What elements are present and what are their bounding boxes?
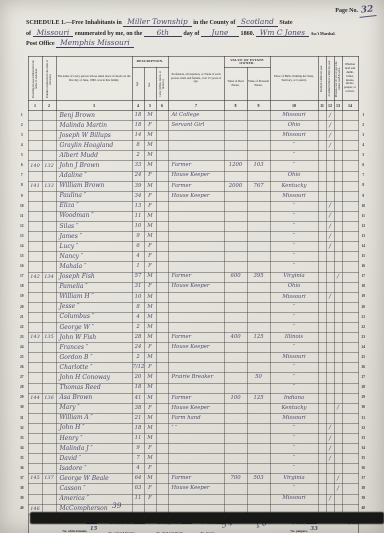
col-num-11: 11 (318, 101, 326, 111)
real-estate-value-cell (224, 353, 247, 363)
occupation-cell (168, 141, 224, 151)
married-within-year-cell (318, 222, 326, 232)
real-estate-value-cell (224, 242, 247, 252)
cannot-read-write-cell (334, 121, 342, 131)
sex-cell: M (144, 111, 156, 121)
col-header-color-label: Color (White, black, or mulatto.) (159, 68, 165, 100)
personal-estate-value-cell (247, 141, 270, 151)
real-estate-value-cell (224, 252, 247, 262)
schedule-title-line-1: SCHEDULE 1.—Free Inhabitants in Miller T… (26, 18, 376, 28)
col-header-cannot-read: Persons over 20 y'rs of age who cannot r… (334, 57, 342, 101)
line-number-left: 36 (16, 464, 28, 474)
real-estate-value-cell: 1200 (224, 161, 247, 171)
married-within-year-cell (318, 343, 326, 353)
family-number-cell (42, 494, 56, 504)
cannot-read-write-cell (334, 151, 342, 161)
name-cell: Adaline ″ (56, 171, 132, 181)
attended-school-cell (326, 151, 334, 161)
table-row: 3 Joseph W Billups 14 M Missouri ∕ 3 (16, 131, 368, 141)
personal-estate-value-cell (247, 494, 270, 504)
col-header-married: Married within the year. (318, 57, 326, 101)
remarks-cell (342, 322, 358, 332)
dwelling-number-cell (28, 403, 42, 413)
real-estate-value-cell (224, 403, 247, 413)
color-cell (156, 393, 168, 403)
real-estate-value-cell (224, 171, 247, 181)
name-cell: Woodman ″ (56, 211, 132, 221)
real-estate-value-cell (224, 131, 247, 141)
line-number-left: 2 (16, 121, 28, 131)
occupation-cell (168, 312, 224, 322)
remarks-cell (342, 211, 358, 221)
color-cell (156, 171, 168, 181)
dwelling-number-cell (28, 322, 42, 332)
line-number-left: 30 (16, 403, 28, 413)
remarks-cell (342, 484, 358, 494)
schedule-title: SCHEDULE 1.—Free Inhabitants in (26, 20, 122, 26)
col-header-dwelling: Dwelling-houses numbered in the order of… (28, 57, 42, 101)
age-cell: 2 (132, 322, 144, 332)
dwelling-number-cell (28, 211, 42, 221)
age-cell: 31 (132, 282, 144, 292)
line-number-right: 7 (358, 171, 368, 181)
real-estate-value-cell (224, 222, 247, 232)
cannot-read-write-cell (334, 302, 342, 312)
line-number-left: 8 (16, 181, 28, 191)
line-number-left: 13 (16, 232, 28, 242)
white-females-value: 15 (90, 526, 98, 532)
table-row: 5 Albert Mudd 2 M ″ 5 (16, 151, 368, 161)
remarks-cell (342, 363, 358, 373)
line-number-right: 9 (358, 191, 368, 201)
attended-school-cell: ∕ (326, 141, 334, 151)
real-estate-value-cell (224, 484, 247, 494)
name-cell: Mary ″ (56, 403, 132, 413)
sex-cell: M (144, 474, 156, 484)
sex-cell: M (144, 292, 156, 302)
real-estate-value-cell (224, 211, 247, 221)
color-cell (156, 363, 168, 373)
occupation-cell (168, 363, 224, 373)
line-number-right: 31 (358, 413, 368, 423)
family-number-cell: 134 (42, 272, 56, 282)
personal-estate-value-cell (247, 423, 270, 433)
line-number-right: 25 (358, 353, 368, 363)
col-header-occupation: Profession, Occupation, or Trade of each… (168, 57, 224, 101)
name-cell: Eliza ″ (56, 201, 132, 211)
age-cell: 13 (132, 201, 144, 211)
color-cell (156, 181, 168, 191)
line-number-left: 22 (16, 322, 28, 332)
color-cell (156, 494, 168, 504)
col-header-family-label: Families numbered in the order of visita… (46, 58, 52, 100)
real-estate-value-cell (224, 111, 247, 121)
col-num-13: 13 (334, 101, 342, 111)
family-number-cell (42, 201, 56, 211)
color-cell (156, 161, 168, 171)
col-header-personal-estate: Value of Personal Estate. (247, 68, 270, 101)
table-row: 12 Silas ″ 10 M ″ ∕ 12 (16, 222, 368, 232)
dwelling-number-cell (28, 141, 42, 151)
attended-school-cell: ∕ (326, 222, 334, 232)
real-estate-value-cell (224, 434, 247, 444)
name-cell: Malinda Martin (56, 121, 132, 131)
cannot-read-write-cell (334, 434, 342, 444)
personal-estate-value-cell (247, 403, 270, 413)
birthplace-cell: Virginia (270, 474, 318, 484)
table-row: 21 Columbus ″ 4 M ″ 21 (16, 312, 368, 322)
line-number-left: 25 (16, 353, 28, 363)
cannot-read-write-cell (334, 211, 342, 221)
color-cell (156, 211, 168, 221)
color-cell (156, 302, 168, 312)
line-number-right: 5 (358, 151, 368, 161)
sex-cell: M (144, 161, 156, 171)
real-estate-value-cell (224, 302, 247, 312)
birthplace-cell: ″ (270, 302, 318, 312)
name-cell: Jesse ″ (56, 302, 132, 312)
occupation-cell: House Keeper (168, 171, 224, 181)
col-num-1: 1 (28, 101, 42, 111)
name-cell: William Brown (56, 181, 132, 191)
attended-school-cell (326, 161, 334, 171)
birthplace-cell: ″ (270, 454, 318, 464)
birthplace-cell: ″ (270, 222, 318, 232)
real-estate-value-cell (224, 373, 247, 383)
table-row: 28 Thomas Reed 18 M ″ 28 (16, 383, 368, 393)
sex-cell: F (144, 121, 156, 131)
attended-school-cell (326, 272, 334, 282)
dwelling-number-cell (28, 444, 42, 454)
name-cell: Graylin Hoagland (56, 141, 132, 151)
table-row: 31 William A ″ 21 M Farm hand Missouri 3… (16, 413, 368, 423)
color-cell (156, 111, 168, 121)
age-cell: 10 (132, 222, 144, 232)
line-number-right: 32 (358, 423, 368, 433)
family-number-cell (42, 282, 56, 292)
line-number-left: 10 (16, 201, 28, 211)
personal-estate-value-cell (247, 222, 270, 232)
attended-school-cell (326, 403, 334, 413)
color-cell (156, 454, 168, 464)
age-cell: 38 (132, 403, 144, 413)
sex-cell: M (144, 333, 156, 343)
table-row: 26 Charlotte ″ 7/12 F ″ 26 (16, 363, 368, 373)
birthplace-cell: Missouri (270, 131, 318, 141)
table-row: 27 John H Conoway 20 M Prairie Breaker 5… (16, 373, 368, 383)
col-num-5: 5 (144, 101, 156, 111)
sex-cell: M (144, 322, 156, 332)
col-num-4: 4 (132, 101, 144, 111)
dwelling-number-cell: 144 (28, 393, 42, 403)
age-cell: 8 (132, 141, 144, 151)
family-number-cell: 135 (42, 333, 56, 343)
real-estate-value-cell (224, 201, 247, 211)
family-number-cell (42, 322, 56, 332)
family-number-cell (42, 464, 56, 474)
post-office-line: Post Office Memphis Missouri (26, 39, 376, 49)
footer-left-margin (16, 514, 28, 533)
table-row: 34 Malinda J ″ 9 F ″ ∕ 34 (16, 444, 368, 454)
line-number-left: 14 (16, 242, 28, 252)
real-estate-value-cell (224, 141, 247, 151)
family-number-cell: 136 (42, 393, 56, 403)
birthplace-cell: Ohio (270, 282, 318, 292)
name-cell: Joseph Fish (56, 272, 132, 282)
birthplace-cell: Missouri (270, 191, 318, 201)
age-cell: 2 (132, 353, 144, 363)
sex-cell: F (144, 494, 156, 504)
family-number-cell (42, 131, 56, 141)
col-num-10: 10 (270, 101, 318, 111)
personal-estate-value-cell (247, 211, 270, 221)
remarks-cell (342, 353, 358, 363)
attended-school-cell (326, 312, 334, 322)
birthplace-cell: ″ (270, 141, 318, 151)
birthplace-cell: Ohio (270, 171, 318, 181)
attended-school-cell (326, 363, 334, 373)
remarks-cell (342, 434, 358, 444)
occupation-cell: House Keeper (168, 282, 224, 292)
marshal-signature: Wm C Jones (256, 29, 309, 37)
line-number-right: 21 (358, 312, 368, 322)
col-num-2: 2 (42, 101, 56, 111)
attended-school-cell: ∕ (326, 242, 334, 252)
sex-cell: M (144, 423, 156, 433)
birthplace-cell: ″ (270, 343, 318, 353)
family-number-cell (42, 383, 56, 393)
cannot-read-write-cell (334, 161, 342, 171)
attended-school-cell (326, 262, 334, 272)
table-row: 2 Malinda Martin 18 F Servant Girl Ohio … (16, 121, 368, 131)
footer-paupers: No. paupers, 33 (291, 529, 320, 533)
sex-cell: M (144, 312, 156, 322)
post-office-value: Memphis Missouri (56, 39, 134, 47)
line-number-left: 33 (16, 434, 28, 444)
line-number-right: 17 (358, 272, 368, 282)
real-estate-value-cell (224, 464, 247, 474)
table-row: 10 Eliza ″ 13 F ″ ∕ 10 (16, 201, 368, 211)
table-row: 20 Jesse ″ 8 M ″ 20 (16, 302, 368, 312)
dwelling-number-cell (28, 171, 42, 181)
family-number-cell (42, 262, 56, 272)
attended-school-cell (326, 343, 334, 353)
line-number-right: 27 (358, 373, 368, 383)
line-number-left: 26 (16, 363, 28, 373)
family-number-cell: 133 (42, 181, 56, 191)
cannot-read-write-cell: ∕ (334, 403, 342, 413)
dwelling-number-cell: 143 (28, 333, 42, 343)
color-cell (156, 423, 168, 433)
sex-cell: M (144, 141, 156, 151)
paupers-value: 33 (310, 526, 318, 532)
name-cell: Lucy ″ (56, 242, 132, 252)
color-cell (156, 383, 168, 393)
age-cell: 9 (132, 232, 144, 242)
occupation-cell (168, 242, 224, 252)
personal-estate-value-cell (247, 434, 270, 444)
line-number-left: 38 (16, 484, 28, 494)
cannot-read-write-cell (334, 353, 342, 363)
dwelling-number-cell (28, 353, 42, 363)
line-number-right: 13 (358, 232, 368, 242)
family-number-cell (42, 191, 56, 201)
birthplace-cell: ″ (270, 434, 318, 444)
age-cell: 24 (132, 343, 144, 353)
sex-cell: M (144, 373, 156, 383)
real-estate-value-cell: 400 (224, 333, 247, 343)
cannot-read-write-cell (334, 232, 342, 242)
age-cell: 6 (132, 242, 144, 252)
table-row: 32 John H ″ 18 M ″ ″ ″ ∕ 32 (16, 423, 368, 433)
occupation-cell: Farm hand (168, 413, 224, 423)
name-cell: Malinda J ″ (56, 444, 132, 454)
birthplace-cell: ″ (270, 211, 318, 221)
name-cell: Thomas Reed (56, 383, 132, 393)
name-cell: Columbus ″ (56, 312, 132, 322)
color-cell (156, 262, 168, 272)
real-estate-value-cell (224, 262, 247, 272)
post-office-label: Post Office (26, 41, 55, 47)
footer-colored-females: No. colored females, (109, 529, 148, 533)
birthplace-cell: ″ (270, 252, 318, 262)
page-number-line: Page No. 32 (26, 5, 376, 17)
cannot-read-write-cell (334, 363, 342, 373)
color-cell (156, 464, 168, 474)
cannot-read-write-cell (334, 191, 342, 201)
age-cell: 33 (132, 161, 144, 171)
remarks-cell (342, 464, 358, 474)
cannot-read-write-cell (334, 111, 342, 121)
color-cell (156, 434, 168, 444)
sex-cell: F (144, 403, 156, 413)
table-row: 17 142 134 Joseph Fish 57 M Farmer 600 3… (16, 272, 368, 282)
state-word: State (279, 20, 292, 26)
occupation-cell (168, 151, 224, 161)
table-row: 16 Mahala ″ 1 F ″ 16 (16, 262, 368, 272)
real-estate-value-cell (224, 322, 247, 332)
sex-cell: M (144, 383, 156, 393)
line-number-right: 36 (358, 464, 368, 474)
line-number-left: 34 (16, 444, 28, 454)
birthplace-cell: ″ (270, 232, 318, 242)
family-number-cell (42, 232, 56, 242)
dwelling-number-cell (28, 343, 42, 353)
cannot-read-write-cell: ∕ (334, 484, 342, 494)
color-cell (156, 131, 168, 141)
dwelling-number-cell (28, 363, 42, 373)
real-estate-value-cell (224, 191, 247, 201)
cannot-read-write-cell (334, 222, 342, 232)
color-cell (156, 333, 168, 343)
line-number-right: 2 (358, 121, 368, 131)
color-cell (156, 484, 168, 494)
real-estate-value-cell (224, 343, 247, 353)
family-number-cell (42, 454, 56, 464)
attended-school-cell (326, 373, 334, 383)
occupation-cell (168, 322, 224, 332)
occupation-cell: Farmer (168, 272, 224, 282)
real-estate-value-cell: 600 (224, 272, 247, 282)
column-number-row: 1 2 3 4 5 6 7 8 9 10 11 12 13 14 (16, 101, 368, 111)
remarks-cell (342, 403, 358, 413)
married-within-year-cell (318, 232, 326, 242)
attended-school-cell (326, 353, 334, 363)
attended-school-cell: ∕ (326, 131, 334, 141)
personal-estate-value-cell (247, 151, 270, 161)
birthplace-cell: ″ (270, 151, 318, 161)
personal-estate-value-cell (247, 111, 270, 121)
remarks-cell (342, 333, 358, 343)
married-within-year-cell (318, 403, 326, 413)
married-within-year-cell (318, 413, 326, 423)
dwelling-number-cell (28, 232, 42, 242)
personal-estate-value-cell (247, 353, 270, 363)
occupation-cell (168, 353, 224, 363)
occupation-cell (168, 201, 224, 211)
married-within-year-cell (318, 131, 326, 141)
age-cell: 4 (132, 312, 144, 322)
remarks-cell (342, 393, 358, 403)
age-cell: 10 (132, 292, 144, 302)
cannot-read-write-cell (334, 454, 342, 464)
married-within-year-cell (318, 201, 326, 211)
birthplace-cell: ″ (270, 312, 318, 322)
married-within-year-cell (318, 262, 326, 272)
birthplace-cell: Missouri (270, 111, 318, 121)
col-num-3: 3 (56, 101, 132, 111)
page-number-label: Page No. (335, 8, 358, 14)
schedule-header: Page No. 32 SCHEDULE 1.—Free Inhabitants… (26, 5, 376, 49)
family-number-cell: 137 (42, 474, 56, 484)
real-estate-value-cell: 100 (224, 393, 247, 403)
attended-school-cell: ∕ (326, 434, 334, 444)
personal-estate-value-cell (247, 201, 270, 211)
attended-school-cell (326, 413, 334, 423)
personal-estate-value-cell: 125 (247, 393, 270, 403)
married-within-year-cell (318, 171, 326, 181)
married-within-year-cell (318, 191, 326, 201)
personal-estate-value-cell: 395 (247, 272, 270, 282)
line-number-left: 28 (16, 383, 28, 393)
married-within-year-cell (318, 474, 326, 484)
line-number-left: 9 (16, 191, 28, 201)
table-row: 11 Woodman ″ 11 M ″ ∕ 11 (16, 211, 368, 221)
dwelling-number-cell (28, 383, 42, 393)
age-cell: 34 (132, 191, 144, 201)
line-number-right: 22 (358, 322, 368, 332)
col-num-9: 9 (247, 101, 270, 111)
right-line-number-column (358, 57, 368, 111)
table-row: 36 Isadore ″ 4 F ″ 36 (16, 464, 368, 474)
line-number-left: 39 (16, 494, 28, 504)
sex-cell: M (144, 181, 156, 191)
occupation-cell: Servant Girl (168, 121, 224, 131)
line-number-right: 34 (358, 444, 368, 454)
occupation-cell (168, 383, 224, 393)
table-row: 33 Henry ″ 11 M ″ ∕ 33 (16, 434, 368, 444)
county-pre-text: in the County of (193, 20, 235, 26)
color-cell (156, 474, 168, 484)
line-number-left: 3 (16, 131, 28, 141)
dwelling-number-cell (28, 262, 42, 272)
married-within-year-cell (318, 282, 326, 292)
cannot-read-write-cell (334, 423, 342, 433)
dwelling-number-cell (28, 292, 42, 302)
family-number-cell (42, 121, 56, 131)
line-number-right: 12 (358, 222, 368, 232)
sex-cell: M (144, 302, 156, 312)
